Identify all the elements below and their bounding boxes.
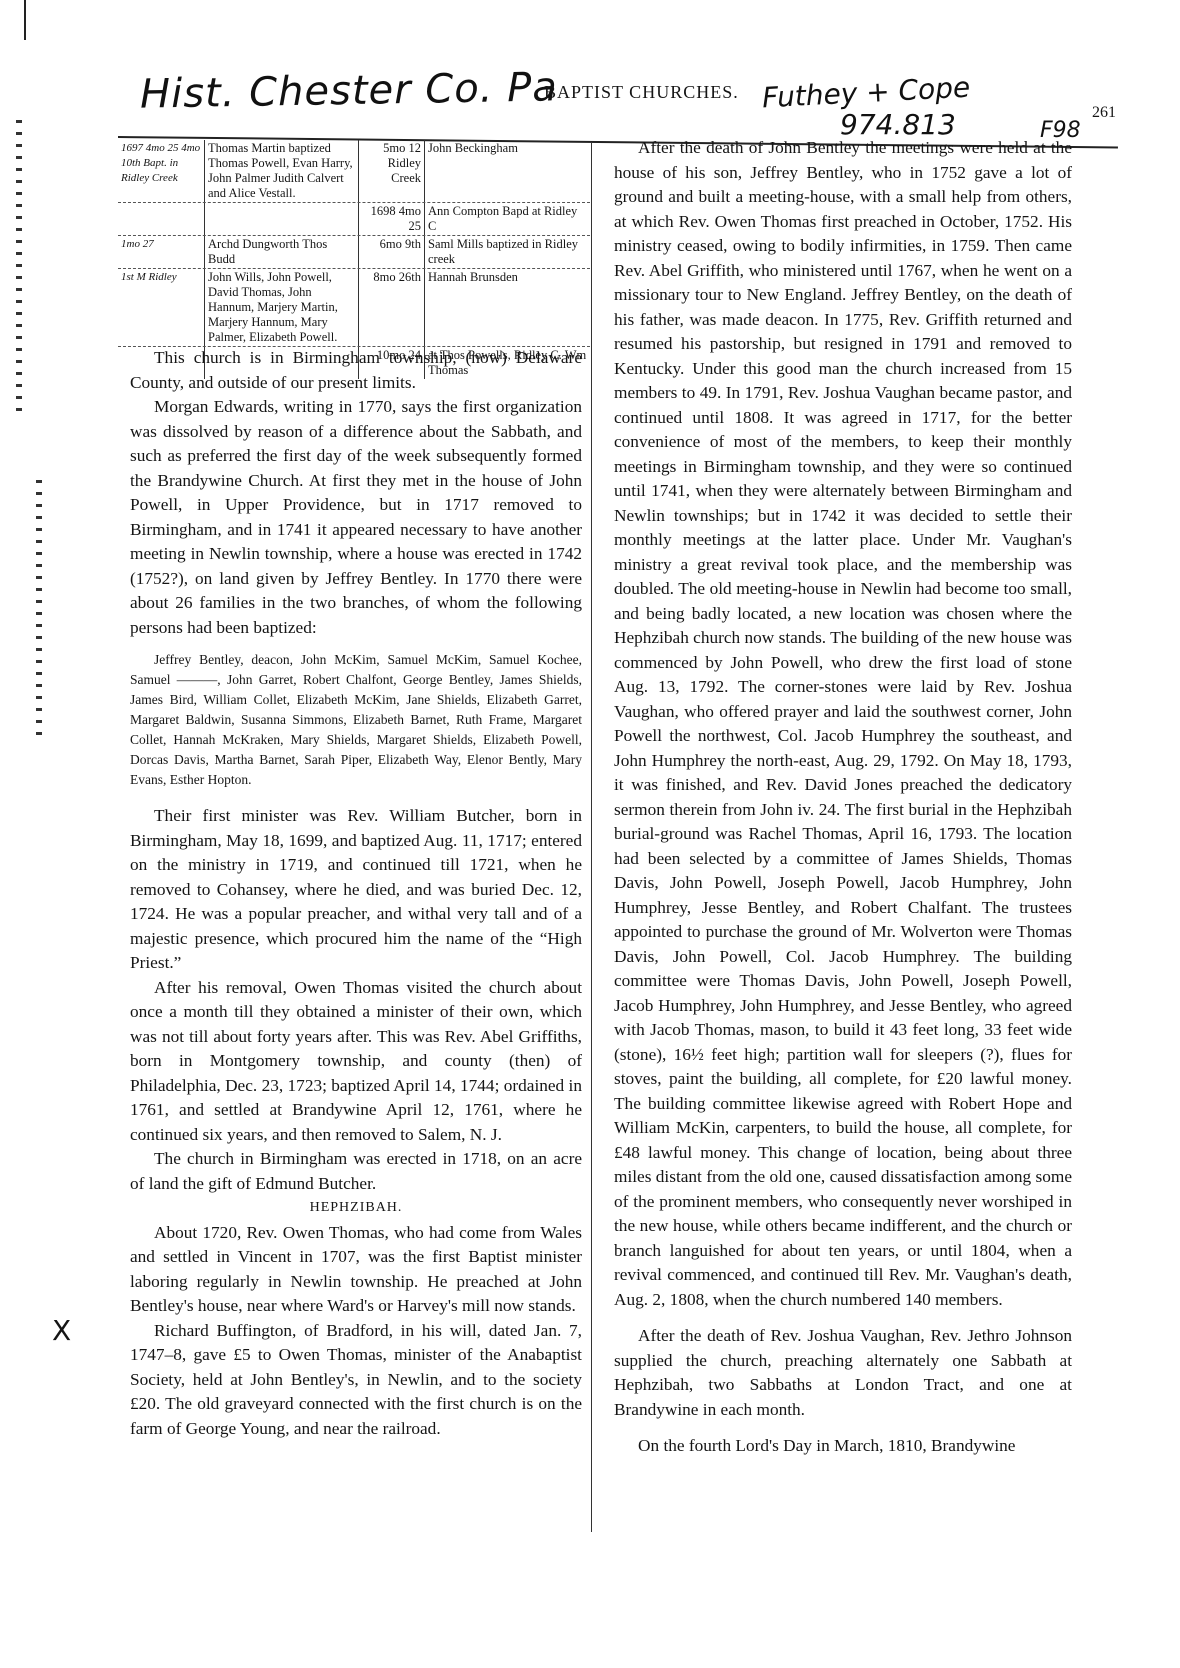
table-cell-date2: 6mo 9th xyxy=(358,236,424,268)
paragraph: Morgan Edwards, writing in 1770, says th… xyxy=(130,395,582,640)
baptism-record-table: 1697 4mo 25 4mo 10th Bapt. in Ridley Cre… xyxy=(118,140,590,379)
table-cell-other: Ann Compton Bapd at Ridley C xyxy=(424,203,590,235)
table-cell-names: Thomas Martin baptized Thomas Powell, Ev… xyxy=(204,140,358,202)
table-cell-date2: 8mo 26th xyxy=(358,269,424,346)
table-cell-names: Archd Dungworth Thos Budd xyxy=(204,236,358,268)
margin-x-mark: X xyxy=(52,1314,71,1347)
table-cell-date: 1st M Ridley xyxy=(118,269,204,346)
margin-line xyxy=(24,0,26,40)
baptized-names-list: Jeffrey Bentley, deacon, John McKim, Sam… xyxy=(130,650,582,790)
paragraph: After the death of Rev. Joshua Vaughan, … xyxy=(614,1324,1072,1422)
paragraph: The church in Birmingham was erected in … xyxy=(130,1147,582,1196)
paragraph: About 1720, Rev. Owen Thomas, who had co… xyxy=(130,1221,582,1319)
paragraph: After his removal, Owen Thomas visited t… xyxy=(130,976,582,1148)
paragraph: Richard Buffington, of Bradford, in his … xyxy=(130,1319,582,1442)
left-column: This church is in Birmingham township, (… xyxy=(130,346,582,1441)
table-row: 1mo 27 Archd Dungworth Thos Budd 6mo 9th… xyxy=(118,236,590,269)
paragraph: Their first minister was Rev. William Bu… xyxy=(130,804,582,976)
running-title: BAPTIST CHURCHES. xyxy=(544,82,739,103)
paragraph: On the fourth Lord's Day in March, 1810,… xyxy=(614,1434,1072,1459)
table-row: 1698 4mo 25 Ann Compton Bapd at Ridley C xyxy=(118,203,590,236)
table-cell-date2: 5mo 12 Ridley Creek xyxy=(358,140,424,202)
table-cell-date xyxy=(118,203,204,235)
table-cell-other: Saml Mills baptized in Ridley creek xyxy=(424,236,590,268)
table-row: 1697 4mo 25 4mo 10th Bapt. in Ridley Cre… xyxy=(118,140,590,203)
table-cell-date: 1mo 27 xyxy=(118,236,204,268)
table-cell-other: John Beckingham xyxy=(424,140,590,202)
paragraph: After the death of John Bentley the meet… xyxy=(614,136,1072,1312)
margin-scan-artifact xyxy=(16,120,22,420)
margin-scan-artifact xyxy=(36,480,42,740)
table-cell-names xyxy=(204,203,358,235)
column-divider xyxy=(591,142,592,1532)
paragraph: This church is in Birmingham township, (… xyxy=(130,346,582,395)
table-cell-names: John Wills, John Powell, David Thomas, J… xyxy=(204,269,358,346)
page-number: 261 xyxy=(1092,104,1116,122)
right-column: After the death of John Bentley the meet… xyxy=(614,136,1072,1459)
table-cell-date2: 1698 4mo 25 xyxy=(358,203,424,235)
section-heading: HEPHZIBAH. xyxy=(130,1196,582,1221)
handwritten-annotation-left: Hist. Chester Co. Pa xyxy=(140,64,559,117)
table-cell-date: 1697 4mo 25 4mo 10th Bapt. in Ridley Cre… xyxy=(118,140,204,202)
table-row: 1st M Ridley John Wills, John Powell, Da… xyxy=(118,269,590,347)
table-cell-other: Hannah Brunsden xyxy=(424,269,590,346)
